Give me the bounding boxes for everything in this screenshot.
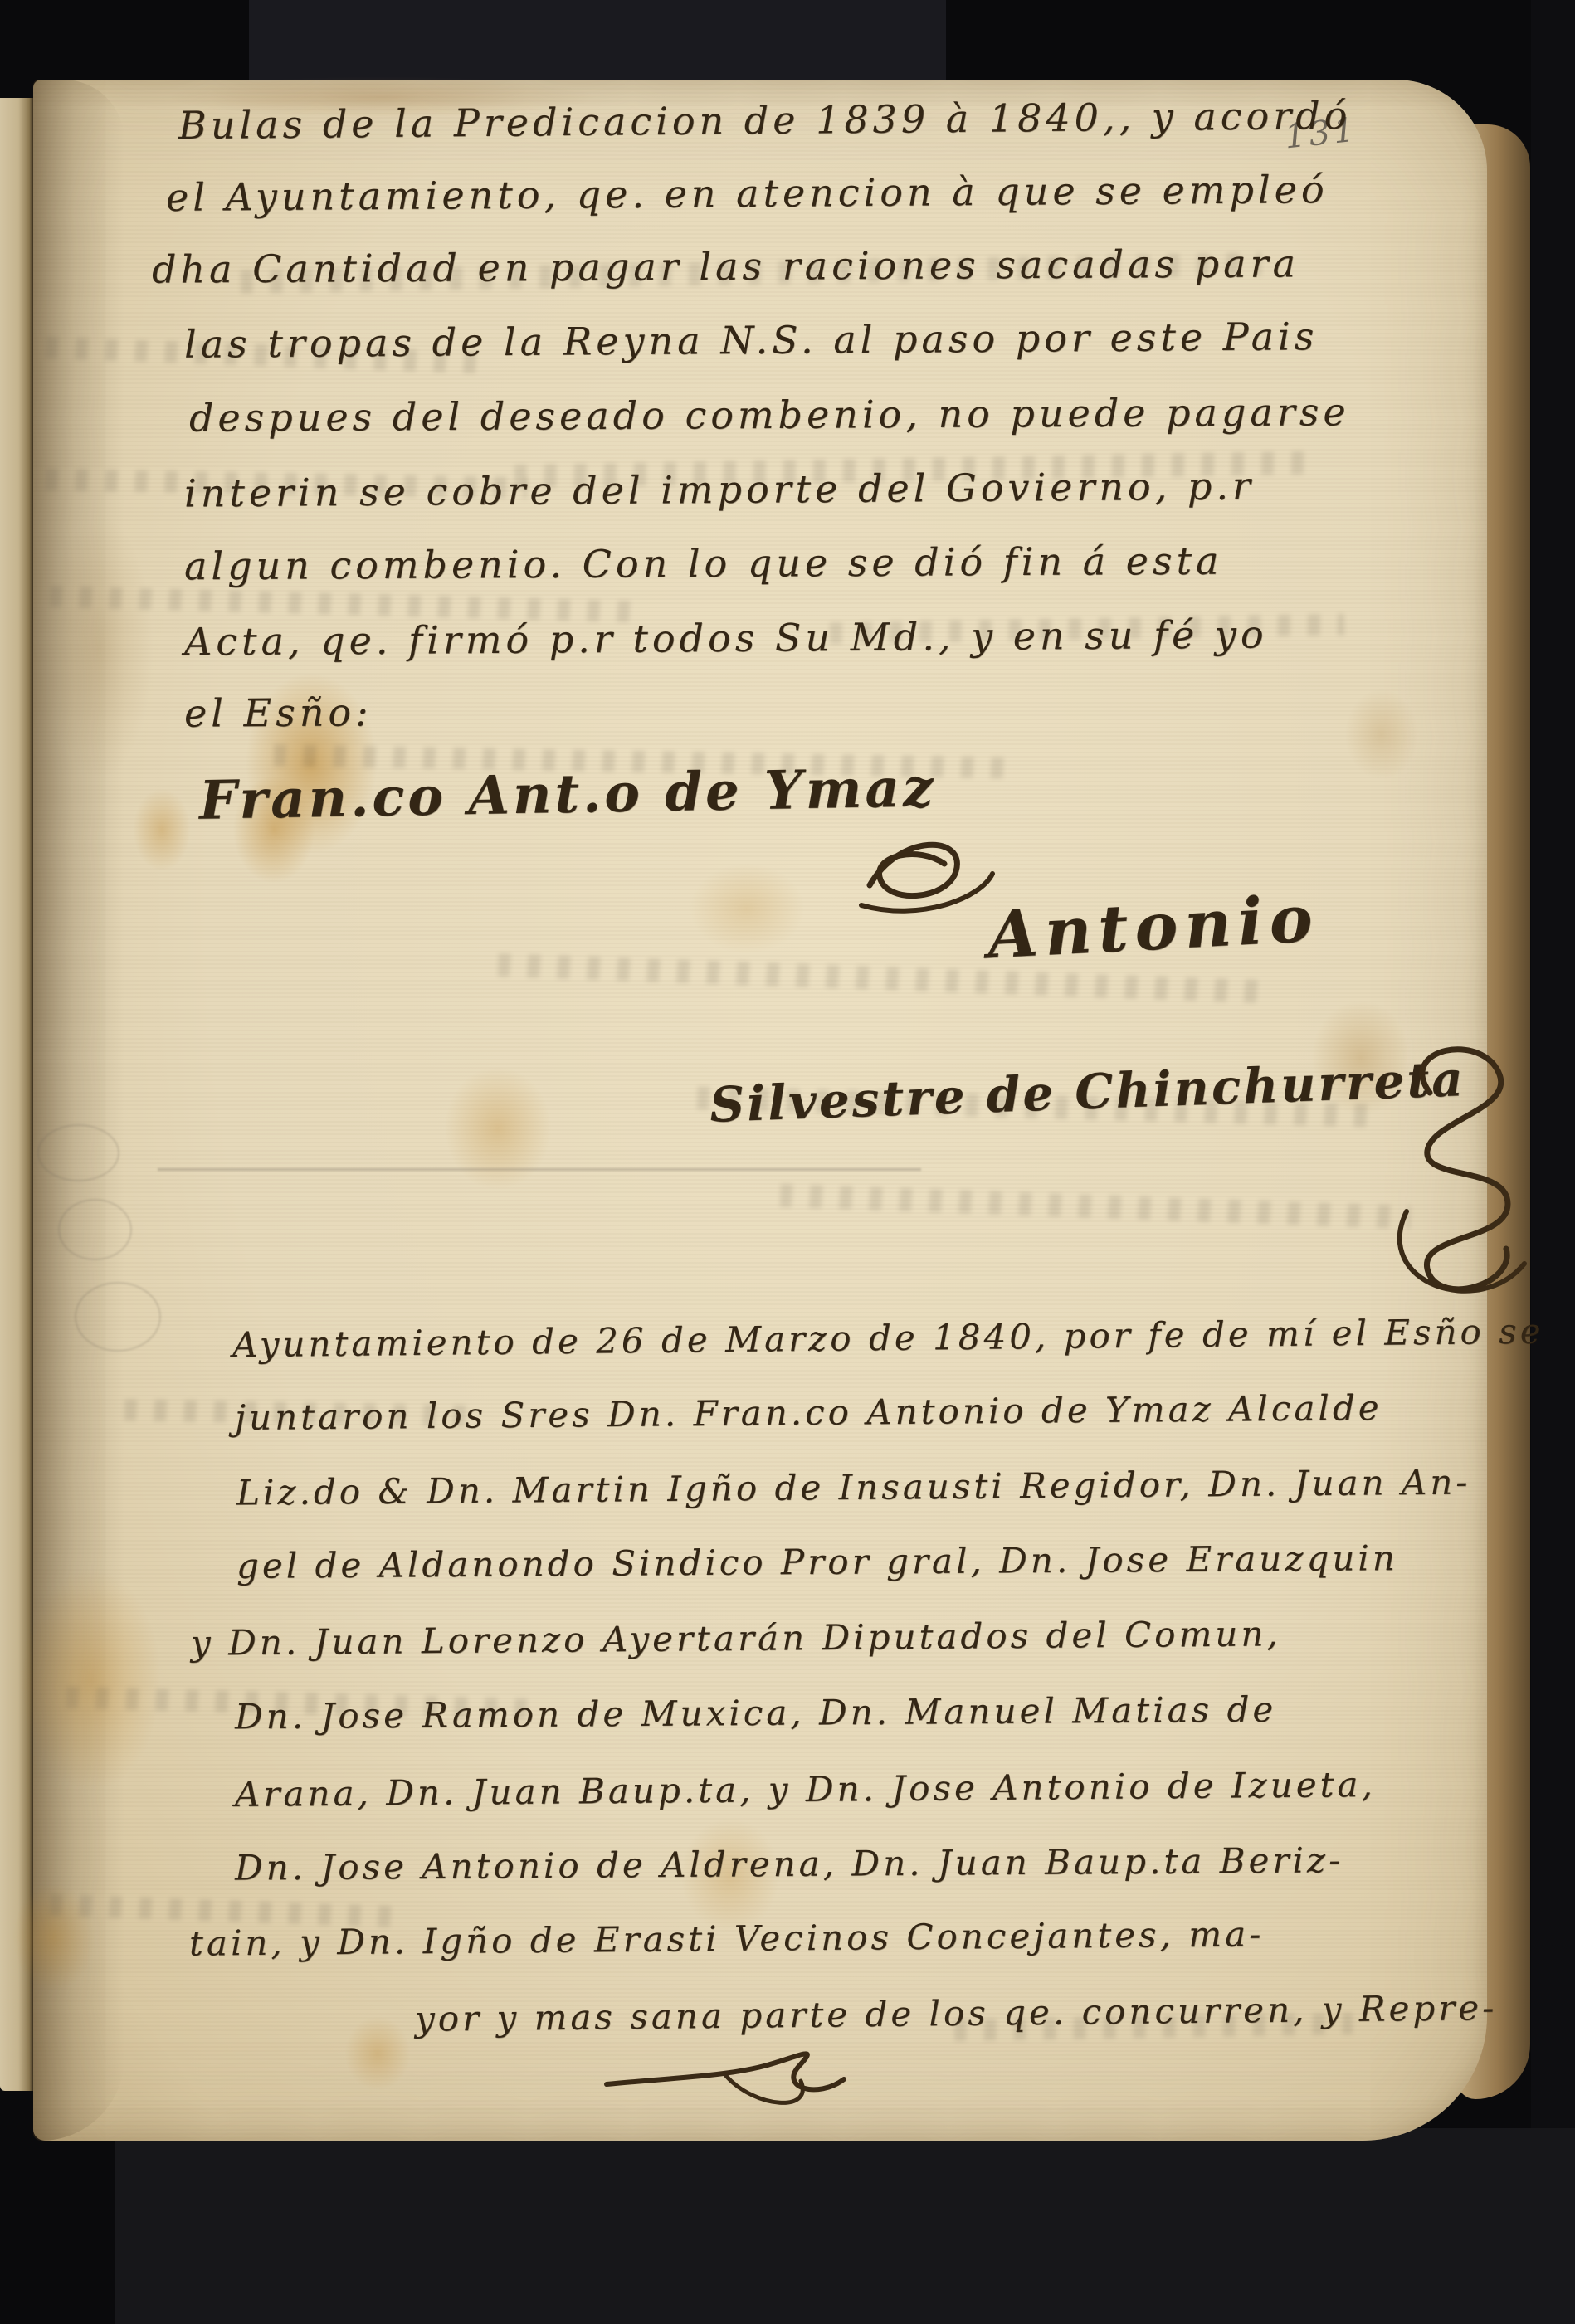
signature-rubric (1382, 1041, 1535, 1315)
manuscript-line: Dn. Jose Ramon de Muxica, Dn. Manuel Mat… (235, 1689, 1277, 1737)
pencil-mark (37, 1124, 119, 1181)
manuscript-line: el Esño: (184, 689, 373, 735)
manuscript-line: despues del deseado combenio, no puede p… (189, 389, 1350, 440)
manuscript-line: algun combenio. Con lo que se dió fin á … (184, 538, 1223, 589)
manuscript-line: gel de Aldanondo Sindico Pror gral, Dn. … (236, 1537, 1398, 1586)
signature-rubric (855, 826, 1004, 921)
manuscript-line: las tropas de la Reyna N.S. al paso por … (184, 314, 1319, 367)
scanned-manuscript-photo: 131 Bulas de la Predicacion de 1839 à 18… (0, 0, 1575, 2324)
manuscript-line: Dn. Jose Antonio de Aldrena, Dn. Juan Ba… (235, 1839, 1344, 1888)
manuscript-line: el Ayuntamiento, qe. en atencion à que s… (166, 167, 1329, 220)
background-panel (1531, 0, 1575, 2324)
manuscript-line: Acta, qe. firmó p.r todos Su Md., y en s… (184, 611, 1268, 664)
pencil-mark (58, 1199, 132, 1260)
adjacent-page-edge (0, 98, 33, 2091)
closing-rubric (602, 2033, 855, 2116)
pencil-mark (75, 1282, 161, 1352)
manuscript-line: interin se cobre del importe del Goviern… (184, 463, 1255, 515)
background-panel (115, 2128, 1575, 2324)
manuscript-line: dha Cantidad en pagar las raciones sacad… (152, 241, 1299, 291)
pencil-mark (158, 1168, 921, 1171)
signature-imaz: Fran.co Ant.o de Ymaz (198, 757, 936, 831)
